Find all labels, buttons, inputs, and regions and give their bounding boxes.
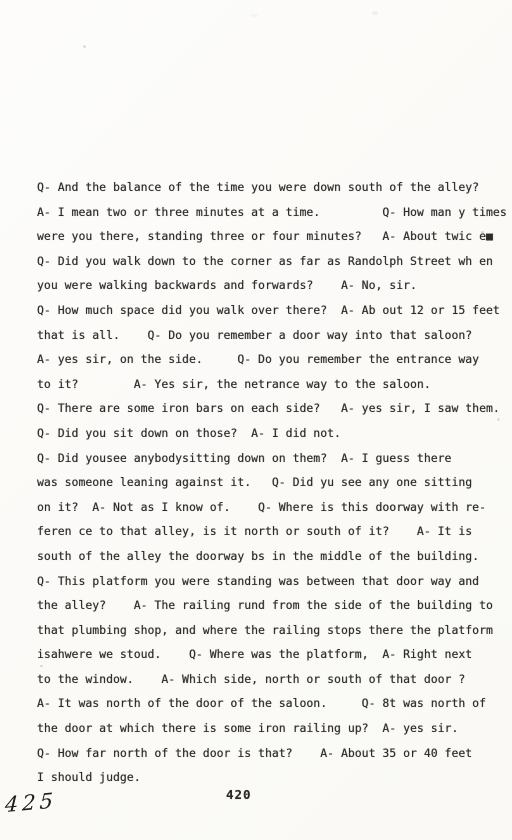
transcript-line: Q- There are some iron bars on each side…	[37, 396, 505, 421]
transcript-line: feren ce to that alley, is it north or s…	[37, 519, 505, 544]
scan-speck	[40, 665, 43, 667]
scan-speck	[481, 231, 484, 234]
transcript-line: Q- How far north of the door is that? A-…	[37, 741, 505, 766]
transcript-line: A- I mean two or three minutes at a time…	[37, 200, 505, 225]
scan-speck	[83, 45, 86, 48]
scan-speck	[372, 11, 378, 15]
transcript-line: A- yes sir, on the side. Q- Do you remem…	[37, 347, 505, 372]
transcript-line: Q- How much space did you walk over ther…	[37, 298, 505, 323]
transcript-line: to the window. A- Which side, north or s…	[37, 667, 505, 692]
transcript-line: I should judge.	[37, 765, 505, 790]
scanned-document-page: Q- And the balance of the time you were …	[0, 0, 512, 840]
transcript-line: the door at which there is some iron rai…	[37, 716, 505, 741]
transcript-line: you were walking backwards and forwards?…	[37, 273, 505, 298]
transcript-line: that plumbing shop, and where the railin…	[37, 618, 505, 643]
typed-page-number: 420	[226, 787, 252, 802]
transcript-line: Q- And the balance of the time you were …	[37, 175, 505, 200]
scan-speck	[250, 14, 258, 17]
transcript-line: Q- Did yousee anybodysitting down on the…	[37, 446, 505, 471]
transcript-line: A- It was north of the door of the saloo…	[37, 691, 505, 716]
transcript-line: Q- Did you sit down on those? A- I did n…	[37, 421, 505, 446]
transcript-line: the alley? A- The railing rund from the …	[37, 593, 505, 618]
scan-speck	[497, 418, 500, 421]
transcript-line: Q- Did you walk down to the corner as fa…	[37, 249, 505, 274]
handwritten-page-number: 425	[4, 788, 57, 817]
transcript-line: south of the alley the doorway bs in the…	[37, 544, 505, 569]
transcript-line: isahwere we stoud. Q- Where was the plat…	[37, 642, 505, 667]
transcript-line: that is all. Q- Do you remember a door w…	[37, 323, 505, 348]
transcript-line: on it? A- Not as I know of. Q- Where is …	[37, 495, 505, 520]
transcript-text-block: Q- And the balance of the time you were …	[37, 175, 505, 790]
transcript-line: was someone leaning against it. Q- Did y…	[37, 470, 505, 495]
transcript-line: Q- This platform you were standing was b…	[37, 569, 505, 594]
transcript-line: were you there, standing three or four m…	[37, 224, 505, 249]
transcript-line: to it? A- Yes sir, the netrance way to t…	[37, 372, 505, 397]
